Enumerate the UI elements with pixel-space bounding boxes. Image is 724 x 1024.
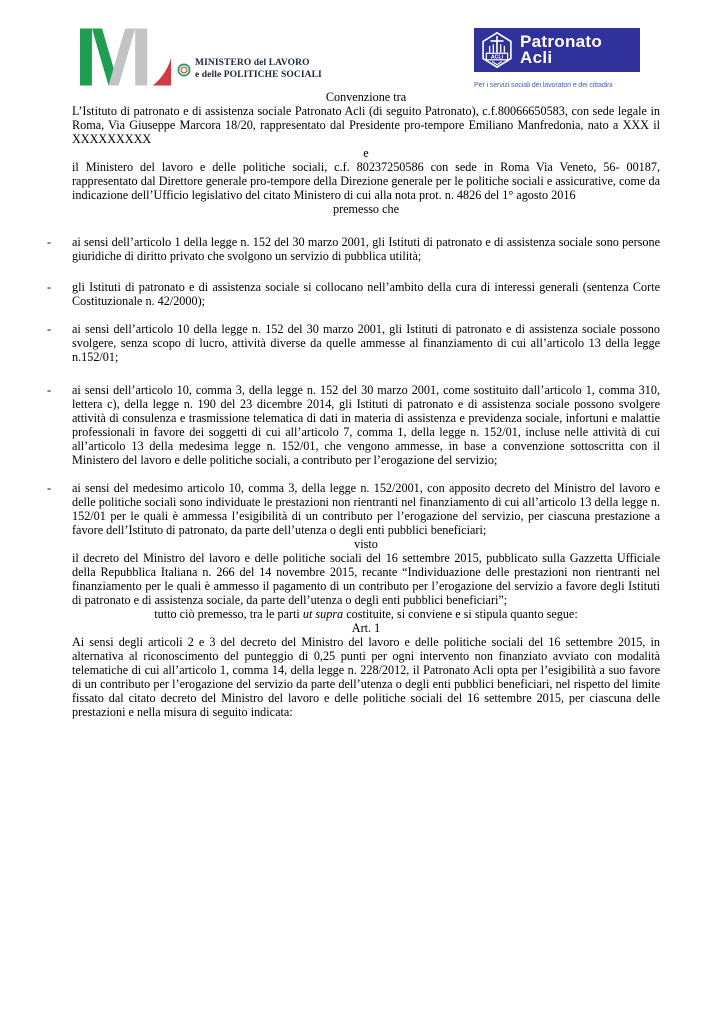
bullet-dash: -: [47, 322, 51, 336]
document-title: Convenzione tra: [72, 90, 660, 104]
premessa-text: ai sensi dell’articolo 1 della legge n. …: [72, 235, 660, 263]
stipula-latin: ut supra: [303, 607, 343, 621]
document-page: MINISTERO del LAVORO e delle POLITICHE S…: [0, 0, 724, 1024]
conjunction: e: [72, 146, 660, 160]
ministry-caption: MINISTERO del LAVORO e delle POLITICHE S…: [177, 58, 322, 86]
ministry-name: MINISTERO del LAVORO e delle POLITICHE S…: [195, 58, 322, 81]
acli-logo: ACLI Patronato Acli Per i servizi social…: [474, 28, 640, 92]
acli-emblem-icon: ACLI: [480, 32, 514, 68]
ministry-logo: MINISTERO del LAVORO e delle POLITICHE S…: [80, 28, 322, 86]
premessa-item: - ai sensi dell’articolo 1 della legge n…: [72, 235, 660, 263]
document-body: Convenzione tra L’Istituto di patronato …: [0, 90, 724, 719]
premessa-item: - ai sensi dell’articolo 10 della legge …: [72, 322, 660, 364]
stipula-suffix: costituite, si conviene e si stipula qua…: [343, 607, 578, 621]
premessa-item: - gli Istituti di patronato e di assiste…: [72, 280, 660, 308]
premessa-item: - ai sensi del medesimo articolo 10, com…: [72, 481, 660, 537]
header: MINISTERO del LAVORO e delle POLITICHE S…: [0, 0, 724, 90]
visto-paragraph: il decreto del Ministro del lavoro e del…: [72, 551, 660, 607]
acli-emblem-text: ACLI: [491, 55, 504, 61]
ministry-name-line1: MINISTERO del LAVORO: [195, 58, 322, 70]
ministry-name-line2: e delle POLITICHE SOCIALI: [195, 70, 322, 82]
bullet-dash: -: [47, 481, 51, 495]
article-paragraph: Ai sensi degli articoli 2 e 3 del decret…: [72, 635, 660, 719]
italy-emblem-icon: [177, 62, 191, 78]
party2-paragraph: il Ministero del lavoro e delle politich…: [72, 160, 660, 202]
acli-tagline: Per i servizi sociali dei lavoratori e d…: [474, 78, 640, 92]
article-heading: Art. 1: [72, 621, 660, 635]
bullet-dash: -: [47, 235, 51, 249]
visto-heading: visto: [72, 537, 660, 551]
premesso-heading: premesso che: [72, 202, 660, 216]
premessa-text: ai sensi dell’articolo 10, comma 3, dell…: [72, 383, 660, 467]
acli-wordmark-line2: Acli: [520, 50, 602, 67]
bullet-dash: -: [47, 280, 51, 294]
bullet-dash: -: [47, 383, 51, 397]
premessa-text: ai sensi dell’articolo 10 della legge n.…: [72, 322, 660, 364]
stipula-prefix: tutto ciò premesso, tra le parti: [154, 607, 303, 621]
premessa-text: gli Istituti di patronato e di assistenz…: [72, 280, 660, 308]
stipula-line: tutto ciò premesso, tra le parti ut supr…: [72, 607, 660, 621]
acli-logo-box: ACLI Patronato Acli: [474, 28, 640, 72]
acli-wordmark: Patronato Acli: [520, 34, 602, 67]
ministry-monogram-icon: [80, 28, 172, 86]
party1-paragraph: L’Istituto di patronato e di assistenza …: [72, 104, 660, 146]
premessa-item: - ai sensi dell’articolo 10, comma 3, de…: [72, 383, 660, 467]
premessa-text: ai sensi del medesimo articolo 10, comma…: [72, 481, 660, 537]
